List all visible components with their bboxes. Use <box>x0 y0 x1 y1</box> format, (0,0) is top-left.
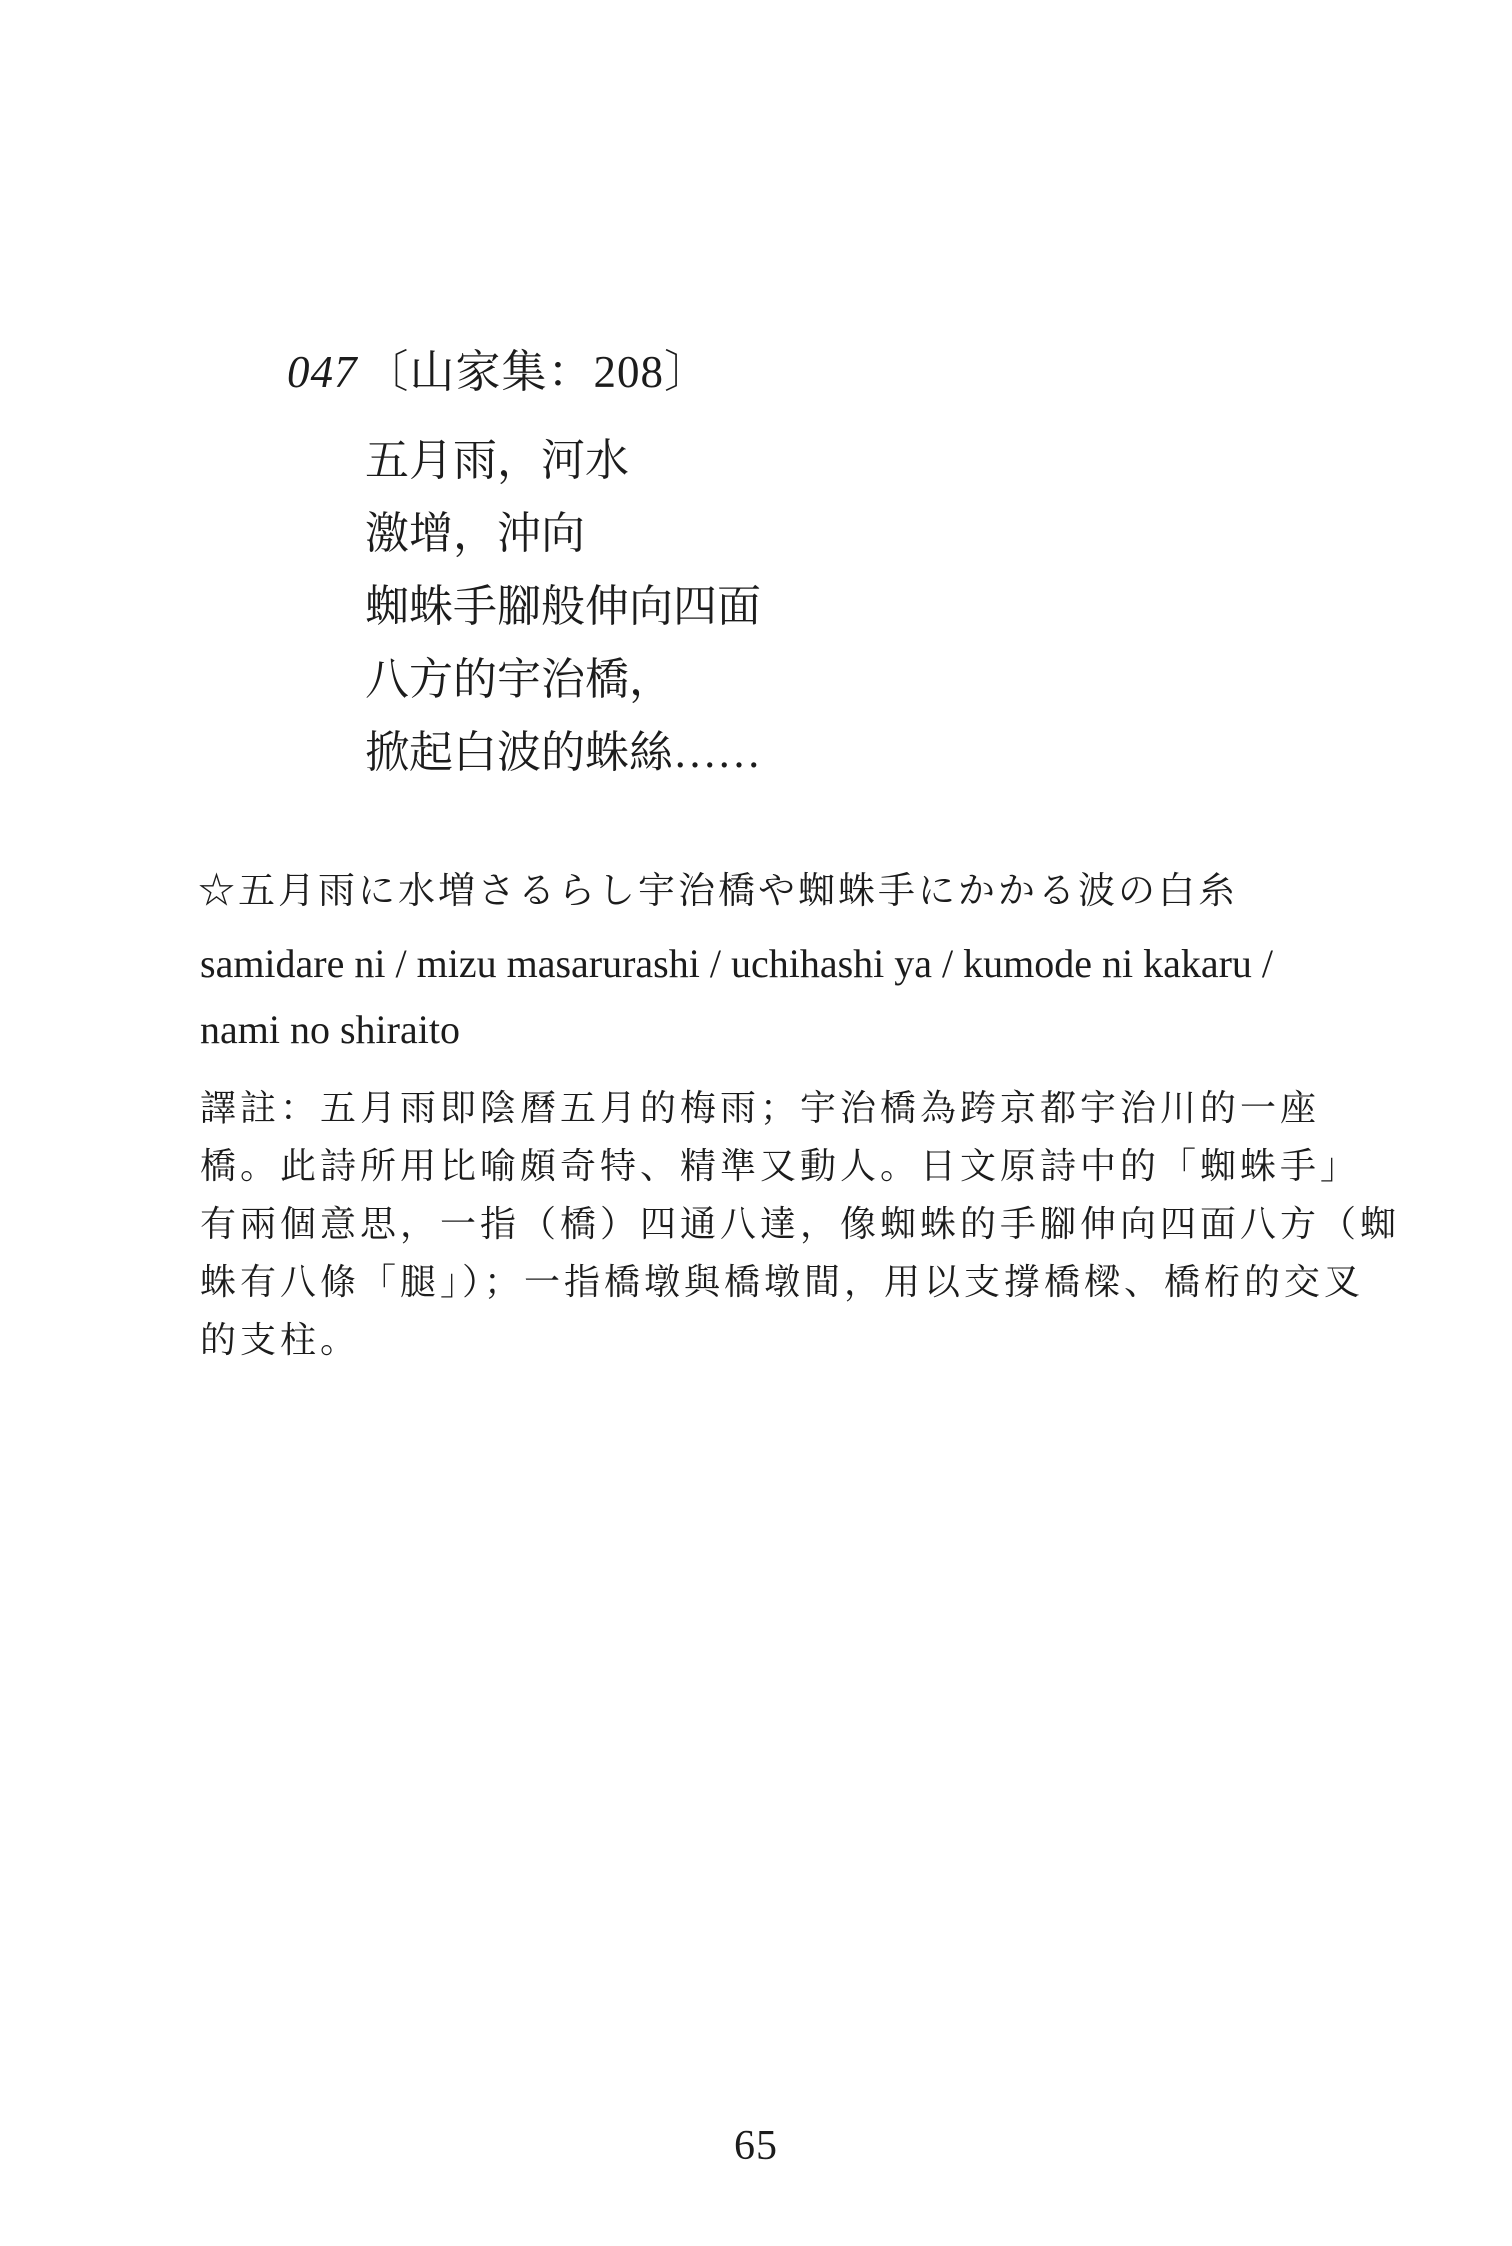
translator-note-line: 橋。此詩所用比喻頗奇特、精準又動人。日文原詩中的「蜘蛛手」 <box>200 1140 1340 1198</box>
translation-line: 八方的宇治橋， <box>365 643 761 716</box>
translator-note-line: 有兩個意思，一指（橋）四通八達，像蜘蛛的手腳伸向四面八方（蜘 <box>200 1198 1340 1256</box>
translator-note: 譯註：五月雨即陰曆五月的梅雨；宇治橋為跨京都宇治川的一座 橋。此詩所用比喻頗奇特… <box>200 1082 1340 1372</box>
entry-source: 〔山家集：208〕 <box>364 347 711 397</box>
entry-header: 047〔山家集：208〕 <box>287 348 710 398</box>
page-number: 65 <box>0 2122 1512 2170</box>
original-poem-japanese: ☆五月雨に水増さるらし宇治橋や蜘蛛手にかかる波の白糸 <box>198 868 1238 916</box>
romaji-line: nami no shiraito <box>200 1000 1273 1066</box>
book-page: 047〔山家集：208〕 五月雨，河水 激增，沖向 蜘蛛手腳般伸向四面 八方的宇… <box>0 0 1512 2246</box>
translator-note-line: 蛛有八條「腿」）；一指橋墩與橋墩間，用以支撐橋樑、橋桁的交叉 <box>200 1256 1340 1314</box>
translator-note-line: 的支柱。 <box>200 1314 1340 1372</box>
poem-translation: 五月雨，河水 激增，沖向 蜘蛛手腳般伸向四面 八方的宇治橋， 掀起白波的蛛絲…… <box>365 424 761 789</box>
translation-line: 掀起白波的蛛絲…… <box>365 716 761 789</box>
romaji-transliteration: samidare ni / mizu masarurashi / uchihas… <box>200 934 1273 1066</box>
translation-line: 五月雨，河水 <box>365 424 761 497</box>
entry-number: 047 <box>287 347 364 397</box>
translation-line: 激增，沖向 <box>365 497 761 570</box>
translator-note-line: 譯註：五月雨即陰曆五月的梅雨；宇治橋為跨京都宇治川的一座 <box>200 1082 1340 1140</box>
translation-line: 蜘蛛手腳般伸向四面 <box>365 570 761 643</box>
romaji-line: samidare ni / mizu masarurashi / uchihas… <box>200 934 1273 1000</box>
